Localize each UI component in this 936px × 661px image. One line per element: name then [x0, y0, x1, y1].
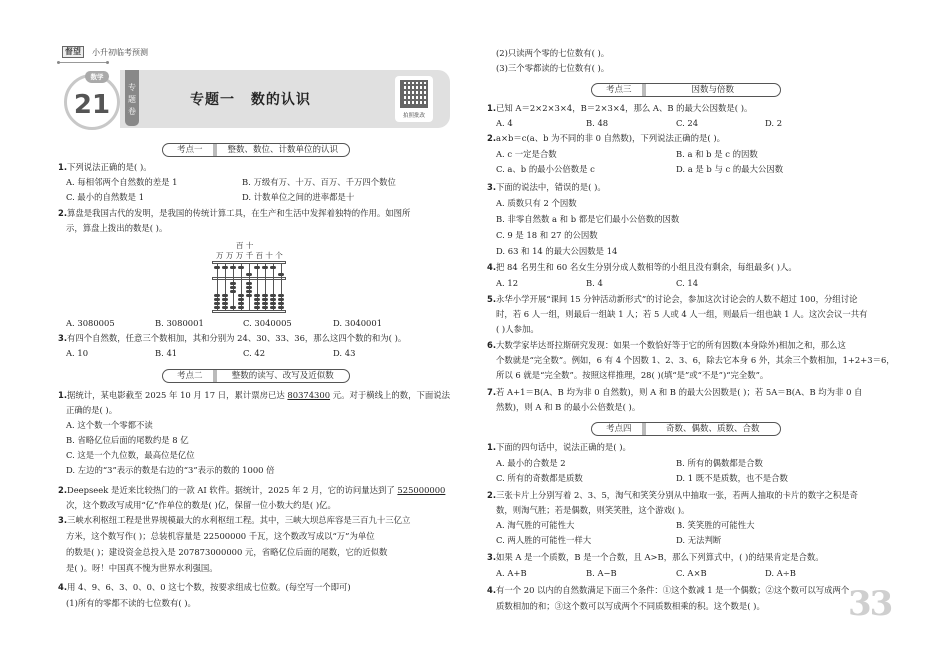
question-continued: 次，这个数改写成用“亿”作单位的数是( )亿，保留一位小数大约是( )亿。 — [66, 498, 336, 512]
option[interactable]: A. 10 — [66, 346, 88, 360]
question-continued: 时，若 6 人一组，则最后一组缺 1 人；若 5 人或 4 人一组，则最后一组也… — [496, 307, 868, 321]
sub-question: (1)所有的零都不读的七位数有( )。 — [66, 596, 196, 610]
option[interactable]: A. c 一定是合数 — [496, 147, 557, 161]
section-tag: 考点四 — [592, 423, 646, 435]
question-continued: 然数)，则 A 和 B 的最小公倍数是( )。 — [496, 400, 640, 414]
question-continued: 所以 6 就是“完全数”。按照这样推理，28( )(填“是”或“不是”)“完全数… — [496, 368, 768, 382]
option[interactable]: A. 质数只有 2 个因数 — [496, 196, 577, 210]
question-continued: 示，算盘上拨出的数是( )。 — [66, 221, 167, 235]
brand-text: 小升初临考预测 — [92, 47, 148, 58]
question: 1.下面的四句话中，说法正确的是( )。 — [487, 440, 631, 454]
section-title: 整数、数位、计数单位的认识 — [217, 144, 349, 156]
option[interactable]: C. 两人胜的可能性一样大 — [496, 533, 591, 547]
question: 2.三张卡片上分别写着 2、3、5，淘气和笑笑分别从中抽取一张，若两人抽取的卡片… — [487, 488, 858, 502]
qr-code-box[interactable]: 拍照批改 — [395, 76, 433, 122]
question: 1.已知 A＝2×2×3×4，B＝2×3×4，那么 A、B 的最大公因数是( )… — [487, 101, 752, 115]
option[interactable]: D. 43 — [333, 346, 355, 360]
brand-header: 督望 小升初临考预测 — [62, 46, 148, 58]
option[interactable]: C. a、b 的最小公倍数是 c — [496, 162, 595, 176]
exam-page: 督望 小升初临考预测 21 数学 专题卷 专题一 数的认识 拍照批改 考点一 整… — [0, 0, 936, 661]
question: 3.三峡水利枢纽工程是世界规模最大的水利枢纽工程。其中，三峡大坝总库容是三百九十… — [58, 513, 410, 527]
option[interactable]: A. A+B — [496, 566, 527, 580]
question: 3.有四个自然数，任意三个数相加，其和分别为 24、30、33、36，那么这四个… — [58, 331, 406, 345]
question: 2.Deepseek 是近来比较热门的一款 AI 软件。据统计，2025 年 2… — [58, 483, 445, 497]
question: 4.有一个 20 以内的自然数满足下面三个条件：①这个数减 1 是一个偶数；②这… — [487, 583, 849, 597]
section-tag: 考点一 — [163, 144, 217, 156]
option[interactable]: D. 左边的“3”表示的数是右边的“3”表示的数的 1000 倍 — [66, 463, 275, 477]
underlined-number: 525000000 — [397, 485, 445, 495]
option[interactable]: D. 63 和 14 的最大公因数是 14 — [496, 244, 617, 258]
option[interactable]: B. 41 — [155, 346, 177, 360]
option[interactable]: C. 42 — [243, 346, 265, 360]
option[interactable]: B. a 和 b 是 c 的因数 — [676, 147, 758, 161]
option[interactable]: A. 12 — [496, 276, 518, 290]
question-continued: 个数就是“完全数”。例如，6 有 4 个因数 1、2、3、6，除去它本身 6 外… — [496, 353, 895, 367]
vertical-tab: 专题卷 — [125, 70, 139, 126]
question-continued: ( )人参加。 — [496, 322, 539, 336]
question: 2.算盘是我国古代的发明，是我国的传统计算工具，在生产和生活中发挥着独特的作用。… — [58, 206, 410, 220]
section-header-3: 考点三 因数与倍数 — [591, 83, 781, 97]
option[interactable]: A. 最小的合数是 2 — [496, 456, 566, 470]
option[interactable]: D. 无法判断 — [676, 533, 721, 547]
section-tag: 考点二 — [163, 370, 217, 382]
question: 4.用 4、9、6、3、0、0、0 这七个数，按要求组成七位数。(每空写一个即可… — [58, 580, 351, 594]
option[interactable]: B. 非零自然数 a 和 b 都是它们最小公倍数的因数 — [496, 212, 679, 226]
question: 3.如果 A 是一个质数，B 是一个合数，且 A>B，那么下列算式中，( )的结… — [487, 550, 824, 564]
option[interactable]: B. 省略亿位后面的尾数约是 8 亿 — [66, 433, 189, 447]
option[interactable]: A. 每相邻两个自然数的差是 1 — [66, 175, 178, 189]
option[interactable]: C. 3040005 — [243, 316, 292, 330]
question: 5.永华小学开展“课间 15 分钟活动新形式”的讨论会，参加这次讨论会的人数不超… — [487, 292, 857, 306]
abacus-figure: 百 十 万 万 万 千 百 十 个 — [212, 244, 286, 314]
section-title: 奇数、偶数、质数、合数 — [646, 423, 780, 435]
sub-question: (2)只读两个零的七位数有( )。 — [496, 46, 609, 60]
option[interactable]: D. 计数单位之间的进率都是十 — [242, 190, 354, 204]
question: 2.a×b＝c(a、b 为不同的非 0 自然数)，下列说法正确的是( )。 — [487, 131, 725, 145]
option[interactable]: C. A×B — [676, 566, 707, 580]
option[interactable]: B. 48 — [586, 116, 608, 130]
option[interactable]: D. 3040001 — [333, 316, 382, 330]
option[interactable]: A. 这个数一个零都不读 — [66, 418, 153, 432]
page-number: 33 — [848, 584, 891, 624]
option[interactable]: D. a 是 b 与 c 的最大公因数 — [676, 162, 783, 176]
brand-logo: 督望 — [62, 46, 84, 58]
option[interactable]: C. 这是一个九位数，最高位是亿位 — [66, 448, 195, 462]
section-header-2: 考点二 整数的读写、改写及近似数 — [162, 369, 350, 383]
option[interactable]: B. 万级有万、十万、百万、千万四个数位 — [242, 175, 396, 189]
qr-code-icon — [400, 80, 428, 108]
option[interactable]: C. 14 — [676, 276, 698, 290]
abacus-frame — [212, 310, 286, 313]
sub-question: (3)三个零都读的七位数有( )。 — [496, 61, 609, 75]
qr-label: 拍照批改 — [395, 111, 433, 119]
option[interactable]: A. 4 — [496, 116, 513, 130]
question: 6.大数学家毕达哥拉斯研究发现：如果一个数恰好等于它的所有因数(本身除外)相加之… — [487, 338, 846, 352]
section-title: 整数的读写、改写及近似数 — [217, 370, 349, 382]
option[interactable]: D. 2 — [765, 116, 782, 130]
abacus-label-bottom: 万 万 万 千 百 十 个 — [216, 250, 283, 261]
divider-dot — [57, 61, 60, 64]
question: 7.若 A+1＝B(A、B 均为非 0 自然数)，则 A 和 B 的最大公因数是… — [487, 385, 862, 399]
question-continued: 数，则淘气胜；若是偶数，则笑笑胜，这个游戏( )。 — [496, 503, 689, 517]
option[interactable]: A. 淘气胜的可能性大 — [496, 518, 574, 532]
section-header-1: 考点一 整数、数位、计数单位的认识 — [162, 143, 350, 157]
page-title: 专题一 数的认识 — [190, 89, 311, 109]
divider-dot — [106, 61, 109, 64]
option[interactable]: C. 最小的自然数是 1 — [66, 190, 144, 204]
option[interactable]: B. A−B — [586, 566, 617, 580]
question-continued: 的数是( )；建设资金总投入是 207873000000 元，省略亿位后面的尾数… — [66, 545, 387, 559]
question-continued: 是( )。呀！中国真不愧为世界水利强国。 — [66, 561, 218, 575]
question-continued: 方米，这个数写作( )；总装机容量是 22500000 千瓦，这个数改写成以“万… — [66, 529, 375, 543]
question-continued: 正确的是( )。 — [66, 403, 117, 417]
brand-divider — [57, 62, 107, 63]
option[interactable]: B. 3080001 — [155, 316, 204, 330]
option[interactable]: D. A÷B — [765, 566, 796, 580]
option[interactable]: B. 4 — [586, 276, 603, 290]
option[interactable]: C. 9 是 18 和 27 的公因数 — [496, 228, 598, 242]
paper-number: 21 — [74, 90, 110, 120]
question-continued: 质数相加的和；③这个数可以写成两个不同质数相乘的积。这个数是( )。 — [496, 599, 765, 613]
question: 4.把 84 名男生和 60 名女生分别分成人数相等的小组且没有剩余，每组最多(… — [487, 260, 797, 274]
section-header-4: 考点四 奇数、偶数、质数、合数 — [591, 422, 781, 436]
question: 1.下列说法正确的是( )。 — [58, 160, 152, 174]
option[interactable]: B. 笑笑胜的可能性大 — [676, 518, 754, 532]
option[interactable]: B. 所有的偶数都是合数 — [676, 456, 763, 470]
subject-tag: 数学 — [85, 71, 109, 83]
question: 1.据统计，某电影截至 2025 年 10 月 17 日，累计票房已达 8037… — [58, 388, 450, 402]
underlined-number: 80374300 — [287, 390, 330, 400]
question: 3.下面的说法中，错误的是( )。 — [487, 180, 606, 194]
option[interactable]: C. 所有的奇数都是质数 — [496, 471, 583, 485]
option[interactable]: A. 3080005 — [66, 316, 115, 330]
option[interactable]: D. 1 既不是质数，也不是合数 — [676, 471, 788, 485]
section-title: 因数与倍数 — [646, 84, 780, 96]
option[interactable]: C. 24 — [676, 116, 698, 130]
section-tag: 考点三 — [592, 84, 646, 96]
